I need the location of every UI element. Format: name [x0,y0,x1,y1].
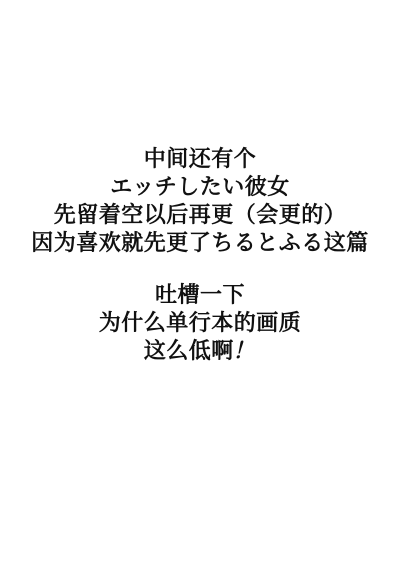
note-line: 为什么单行本的画质 [0,310,400,338]
note-line: 中间还有个 [0,146,400,174]
note-line: 先留着空以后再更（会更的） [0,202,400,230]
note-line: 吐槽一下 [0,282,400,310]
slanted-exclamation-mark: ！ [230,338,259,366]
note-line: エッチしたい彼女 [0,174,400,202]
translator-note-page: 中间还有个 エッチしたい彼女 先留着空以后再更（会更的） 因为喜欢就先更了ちると… [0,0,400,568]
note-line-final: 这么低啊！ [0,338,400,366]
note-block-lower: 吐槽一下 为什么单行本的画质 这么低啊！ [0,282,400,366]
note-final-text: 这么低啊 [144,339,234,364]
note-block-upper: 中间还有个 エッチしたい彼女 先留着空以后再更（会更的） 因为喜欢就先更了ちると… [0,146,400,258]
note-line: 因为喜欢就先更了ちるとふる这篇 [0,230,400,258]
